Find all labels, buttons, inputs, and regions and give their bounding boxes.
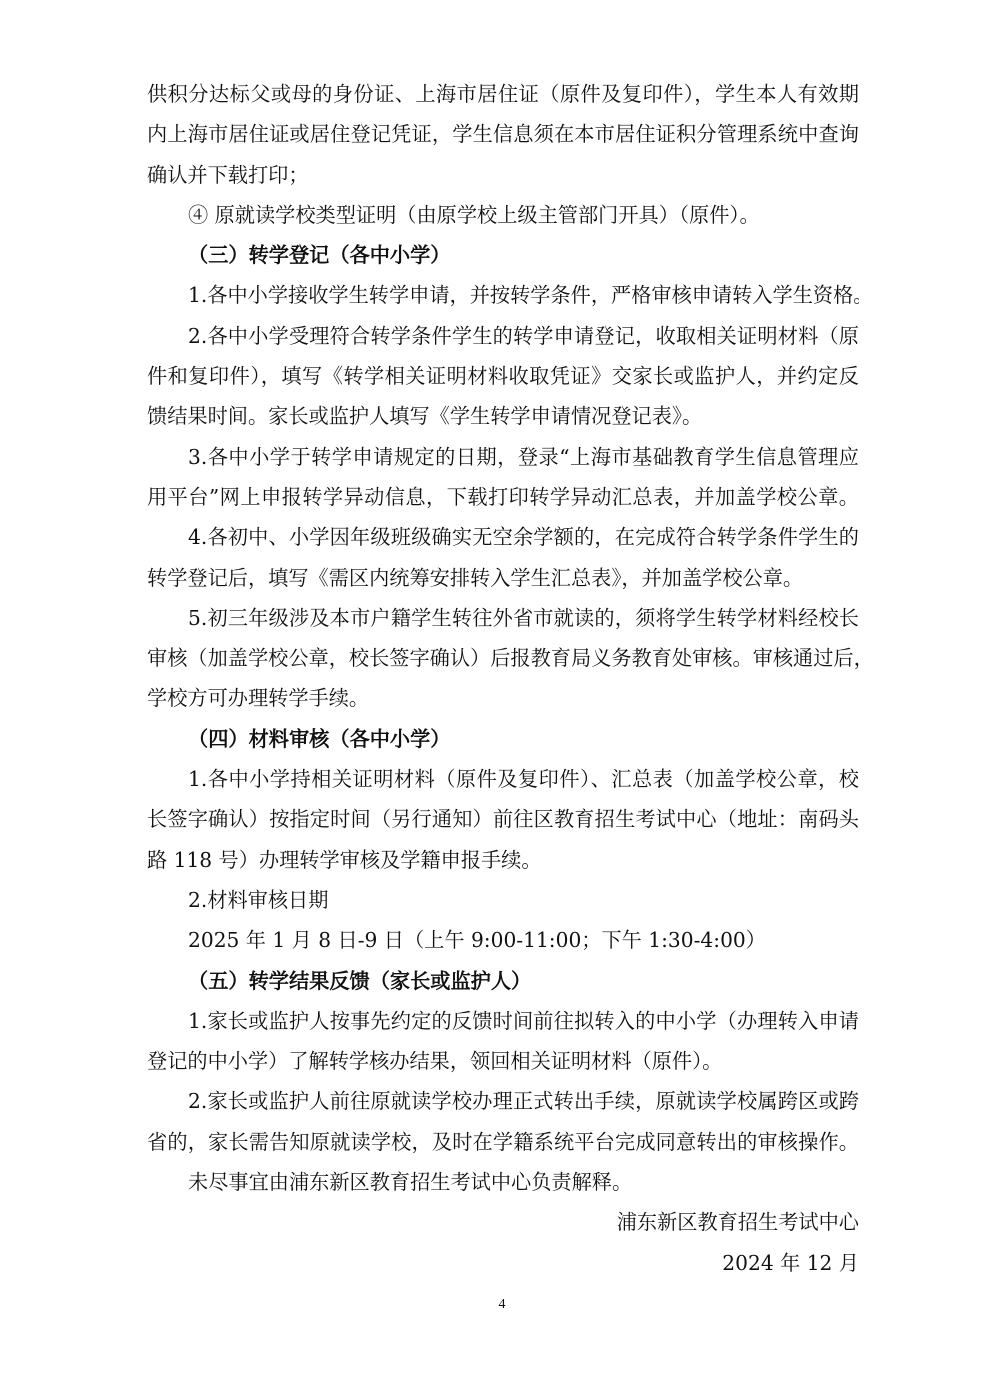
paragraph-line: 供积分达标父或母的身份证、上海市居住证（原件及复印件），学生本人有效期 (147, 74, 859, 114)
document-body: 供积分达标父或母的身份证、上海市居住证（原件及复印件），学生本人有效期内上海市居… (147, 74, 859, 1202)
paragraph-line: 确认并下载打印； (147, 155, 859, 195)
document-page: 供积分达标父或母的身份证、上海市居住证（原件及复印件），学生本人有效期内上海市居… (147, 74, 859, 1283)
section-heading: （四）材料审核（各中小学） (147, 719, 859, 759)
paragraph-line: 用平台”网上申报转学异动信息，下载打印转学异动汇总表，并加盖学校公章。 (147, 477, 859, 517)
paragraph-line: 内上海市居住证或居住登记凭证，学生信息须在本市居住证积分管理系统中查询 (147, 114, 859, 154)
paragraph-line: 1.各中小学接收学生转学申请，并按转学条件，严格审核申请转入学生资格。 (147, 275, 859, 315)
paragraph-line: 转学登记后，填写《需区内统筹安排转入学生汇总表》，并加盖学校公章。 (147, 558, 859, 598)
paragraph-line: 2.各中小学受理符合转学条件学生的转学申请登记，收取相关证明材料（原 (147, 316, 859, 356)
paragraph-line: 省的，家长需告知原就读学校，及时在学籍系统平台完成同意转出的审核操作。 (147, 1122, 859, 1162)
paragraph-line: 2.材料审核日期 (147, 880, 859, 920)
paragraph-line: 3.各中小学于转学申请规定的日期，登录“上海市基础教育学生信息管理应 (147, 437, 859, 477)
paragraph-line: 4.各初中、小学因年级班级确实无空余学额的，在完成符合转学条件学生的 (147, 517, 859, 557)
paragraph-line: 5.初三年级涉及本市户籍学生转往外省市就读的，须将学生转学材料经校长 (147, 598, 859, 638)
paragraph-line: 1.家长或监护人按事先约定的反馈时间前往拟转入的中小学（办理转入申请 (147, 1001, 859, 1041)
paragraph-line: 长签字确认）按指定时间（另行通知）前往区教育招生考试中心（地址：南码头 (147, 799, 859, 839)
page-number: 4 (0, 1297, 1004, 1313)
paragraph-line: 2.家长或监护人前往原就读学校办理正式转出手续，原就读学校属跨区或跨 (147, 1081, 859, 1121)
section-heading: （五）转学结果反馈（家长或监护人） (147, 961, 859, 1001)
section-heading: （三）转学登记（各中小学） (147, 235, 859, 275)
paragraph-line: 馈结果时间。家长或监护人填写《学生转学申请情况登记表》。 (147, 396, 859, 436)
paragraph-line: 2025 年 1 月 8 日-9 日（上午 9:00-11:00；下午 1:30… (147, 920, 859, 960)
paragraph-line: 登记的中小学）了解转学核办结果，领回相关证明材料（原件）。 (147, 1041, 859, 1081)
paragraph-line: 1.各中小学持相关证明材料（原件及复印件）、汇总表（加盖学校公章，校 (147, 759, 859, 799)
paragraph-line: 路 118 号）办理转学审核及学籍申报手续。 (147, 840, 859, 880)
paragraph-line: 学校方可办理转学手续。 (147, 678, 859, 718)
signature-organization: 浦东新区教育招生考试中心 (147, 1202, 859, 1242)
paragraph-line: ④ 原就读学校类型证明（由原学校上级主管部门开具）（原件）。 (147, 195, 859, 235)
paragraph-line: 件和复印件），填写《转学相关证明材料收取凭证》交家长或监护人，并约定反 (147, 356, 859, 396)
paragraph-line: 审核（加盖学校公章，校长签字确认）后报教育局义务教育处审核。审核通过后， (147, 638, 859, 678)
signature-date: 2024 年 12 月 (147, 1243, 859, 1283)
paragraph-line: 未尽事宜由浦东新区教育招生考试中心负责解释。 (147, 1162, 859, 1202)
